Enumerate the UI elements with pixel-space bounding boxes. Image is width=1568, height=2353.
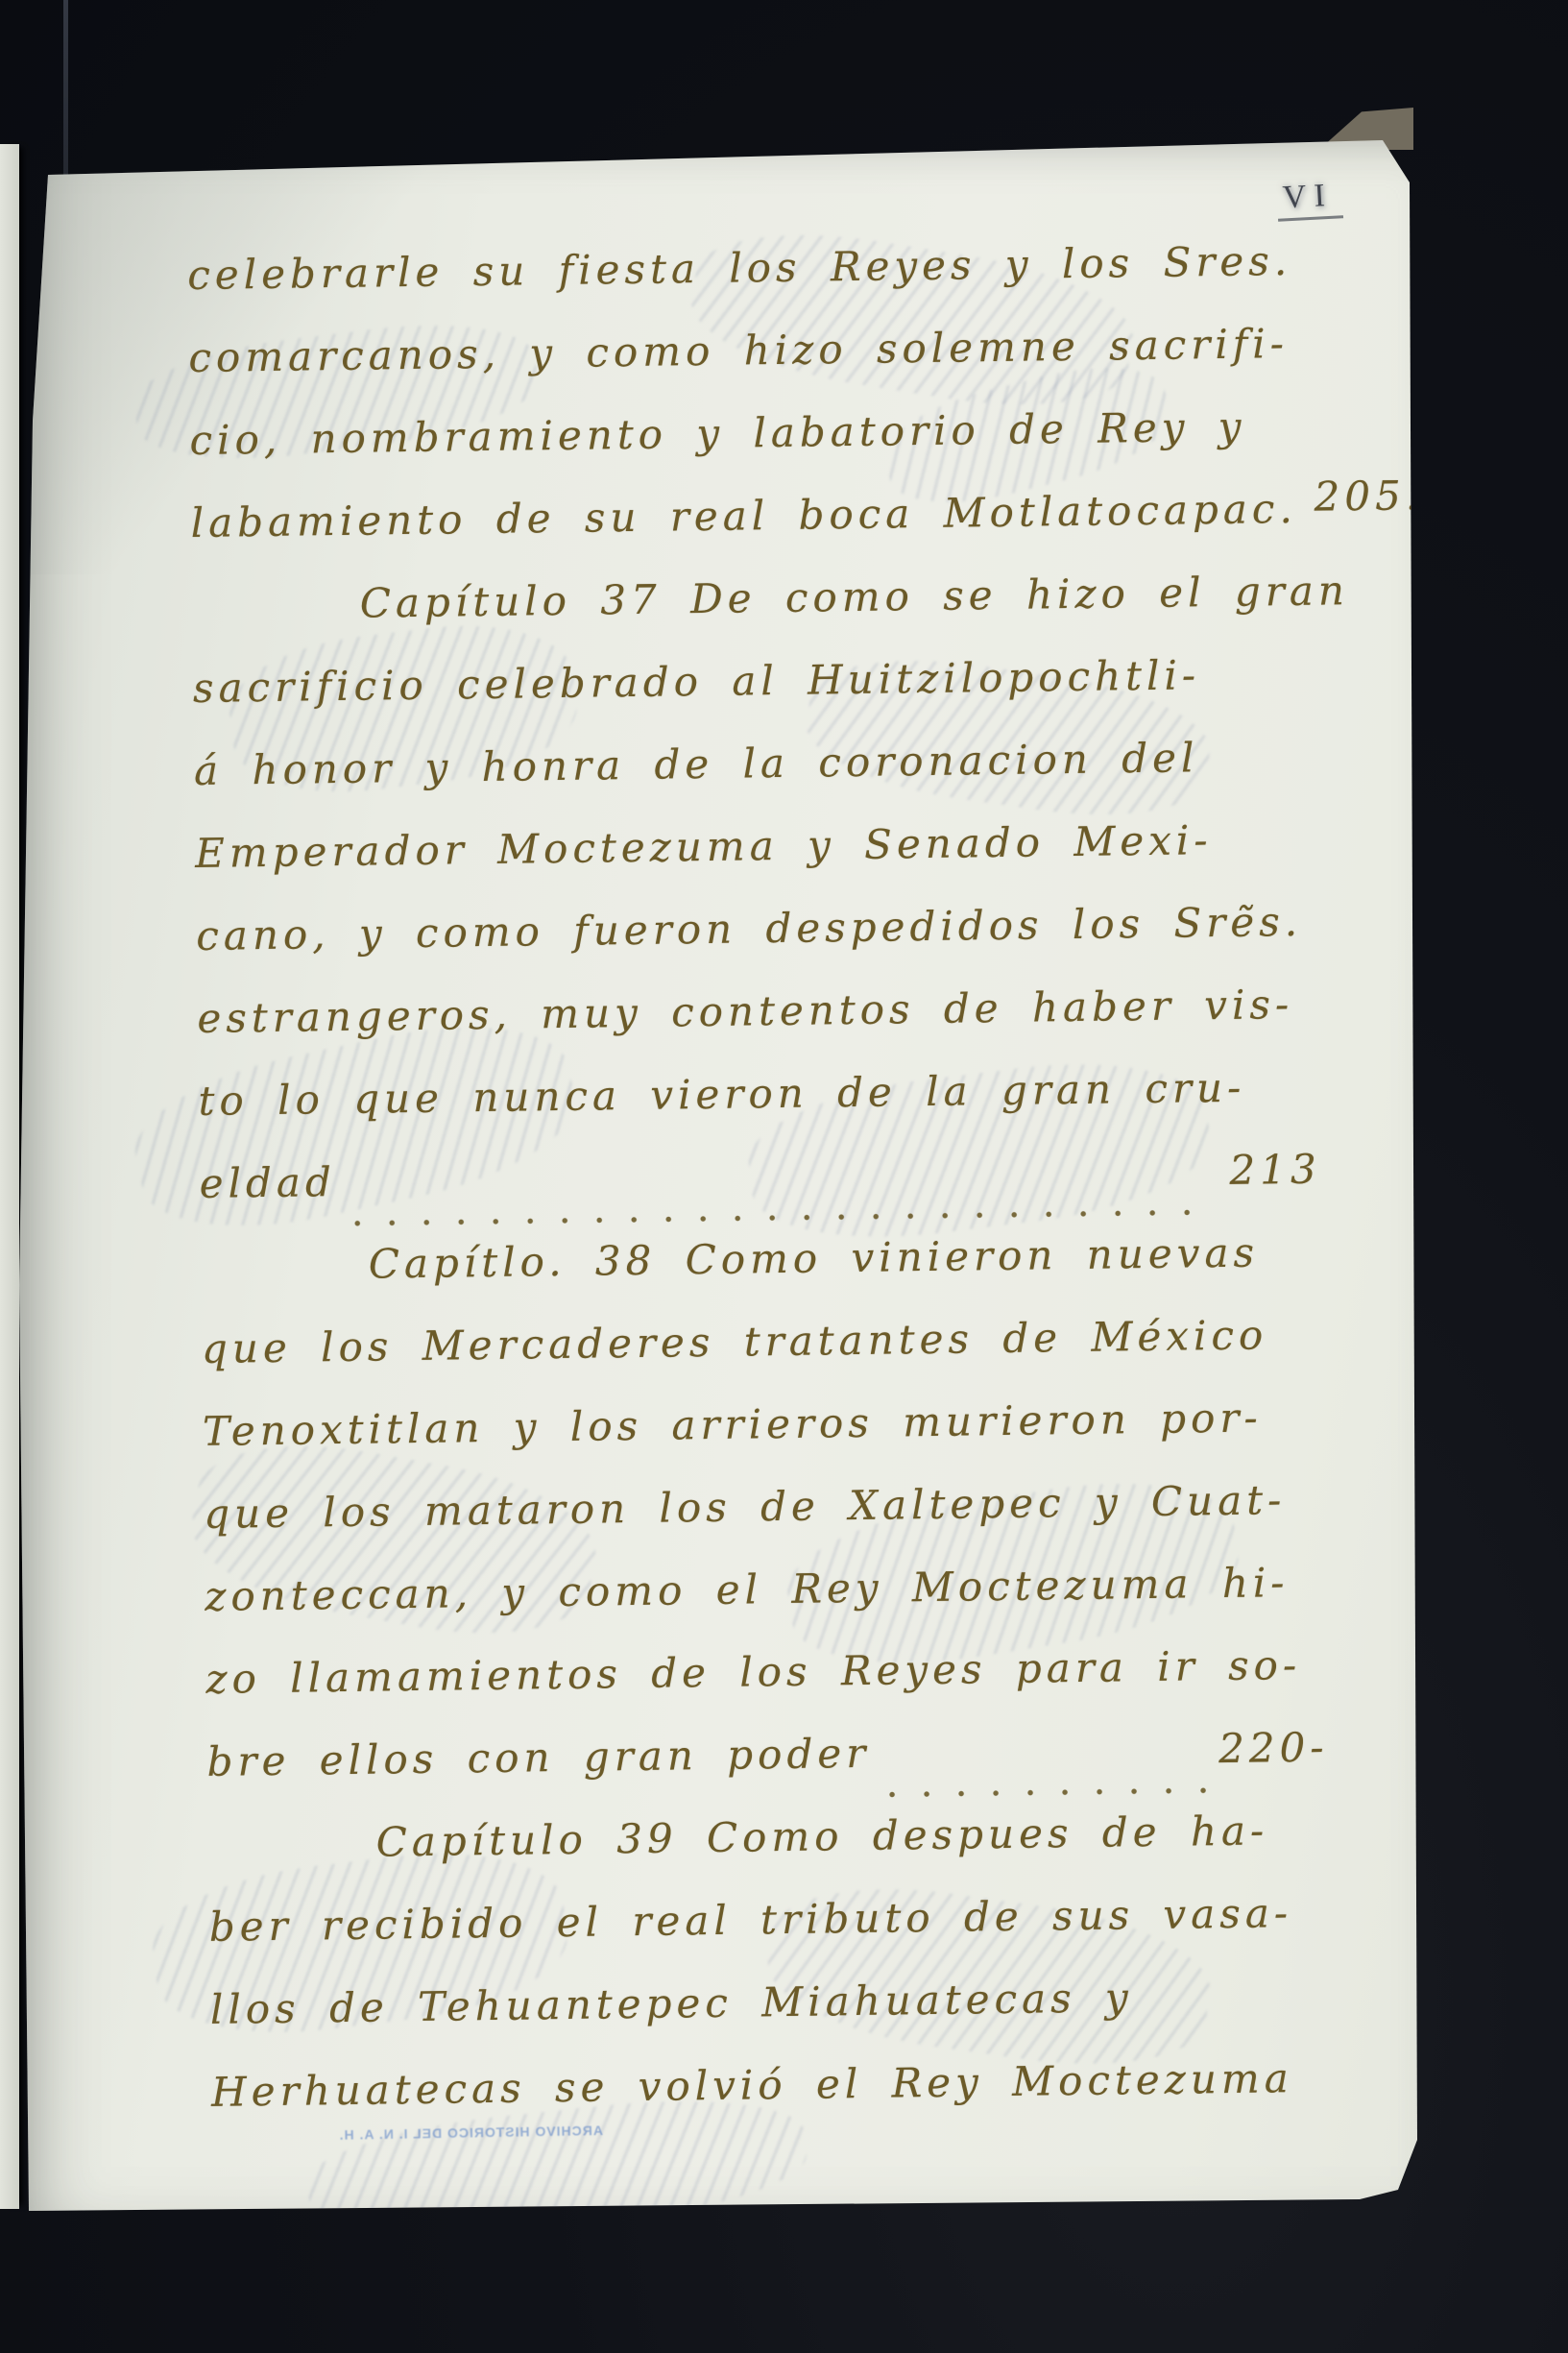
manuscript-line: llos de Tehuantepec Miahuatecas y <box>210 1972 1333 2069</box>
manuscript-line: ber recibido el real tributo de sus vasa… <box>209 1889 1332 1986</box>
manuscript-line: zo llamamientos de los Reyes para ir so- <box>205 1641 1328 1738</box>
manuscript-line: á honor y honra de la coronacion del <box>194 733 1316 830</box>
manuscript-line: cio, nombramiento y labatorio de Rey y <box>189 402 1312 499</box>
dot-leader <box>888 1786 1206 1798</box>
manuscript-line: to lo que nunca vieron de la gran cru- <box>198 1063 1320 1160</box>
manuscript-line: sacrificio celebrado al Huitzilopochtli- <box>193 650 1315 747</box>
manuscript-line: celebrarle su fiesta los Reyes y los Sre… <box>187 237 1310 334</box>
page-number-reference: 213 <box>1229 1146 1321 1194</box>
folio-number: VI <box>1276 177 1343 221</box>
page-number-reference: 205. <box>1314 472 1423 520</box>
manuscript-line: Emperador Moctezuma y Senado Mexi- <box>195 815 1317 912</box>
manuscript-line: Capítlo. 38 Como vinieron nuevas <box>201 1228 1323 1325</box>
manuscript-page: VI celebrarle su fiesta los Reyes y los … <box>19 133 1419 2215</box>
dot-leader <box>353 1208 1217 1227</box>
manuscript-line: cano, y como fueron despedidos los Srẽs. <box>196 898 1318 995</box>
manuscript-line: estrangeros, muy contentos de haber vis- <box>197 981 1319 1078</box>
line-text: eldad <box>199 1158 336 1207</box>
underlying-page-edge <box>0 144 19 2209</box>
manuscript-line: que los mataron los de Xaltepec y Cuat- <box>204 1476 1326 1573</box>
manuscript-line: labamiento de su real boca Motlatocapac.… <box>190 485 1313 582</box>
table-of-contents-text: celebrarle su fiesta los Reyes y los Sre… <box>187 237 1334 2151</box>
manuscript-line: Capítulo 39 Como despues de ha- <box>207 1807 1330 1904</box>
photo-of-manuscript-page: VI celebrarle su fiesta los Reyes y los … <box>0 0 1568 2353</box>
manuscript-line: bre ellos con gran poder 220- <box>206 1724 1329 1821</box>
manuscript-line: comarcanos, y como hizo solemne sacrifi- <box>188 320 1311 417</box>
manuscript-line: que los Mercaderes tratantes de México <box>202 1311 1324 1408</box>
manuscript-line: eldad 213 <box>199 1146 1321 1243</box>
manuscript-line: zonteccan, y como el Rey Moctezuma hi- <box>205 1559 1327 1656</box>
page-number-reference: 220- <box>1218 1724 1329 1772</box>
line-text: bre ellos con gran poder <box>206 1730 870 1785</box>
manuscript-line: Tenoxtitlan y los arrieros murieron por- <box>203 1394 1325 1491</box>
manuscript-line: Capítulo 37 De como se hizo el gran <box>192 568 1315 665</box>
